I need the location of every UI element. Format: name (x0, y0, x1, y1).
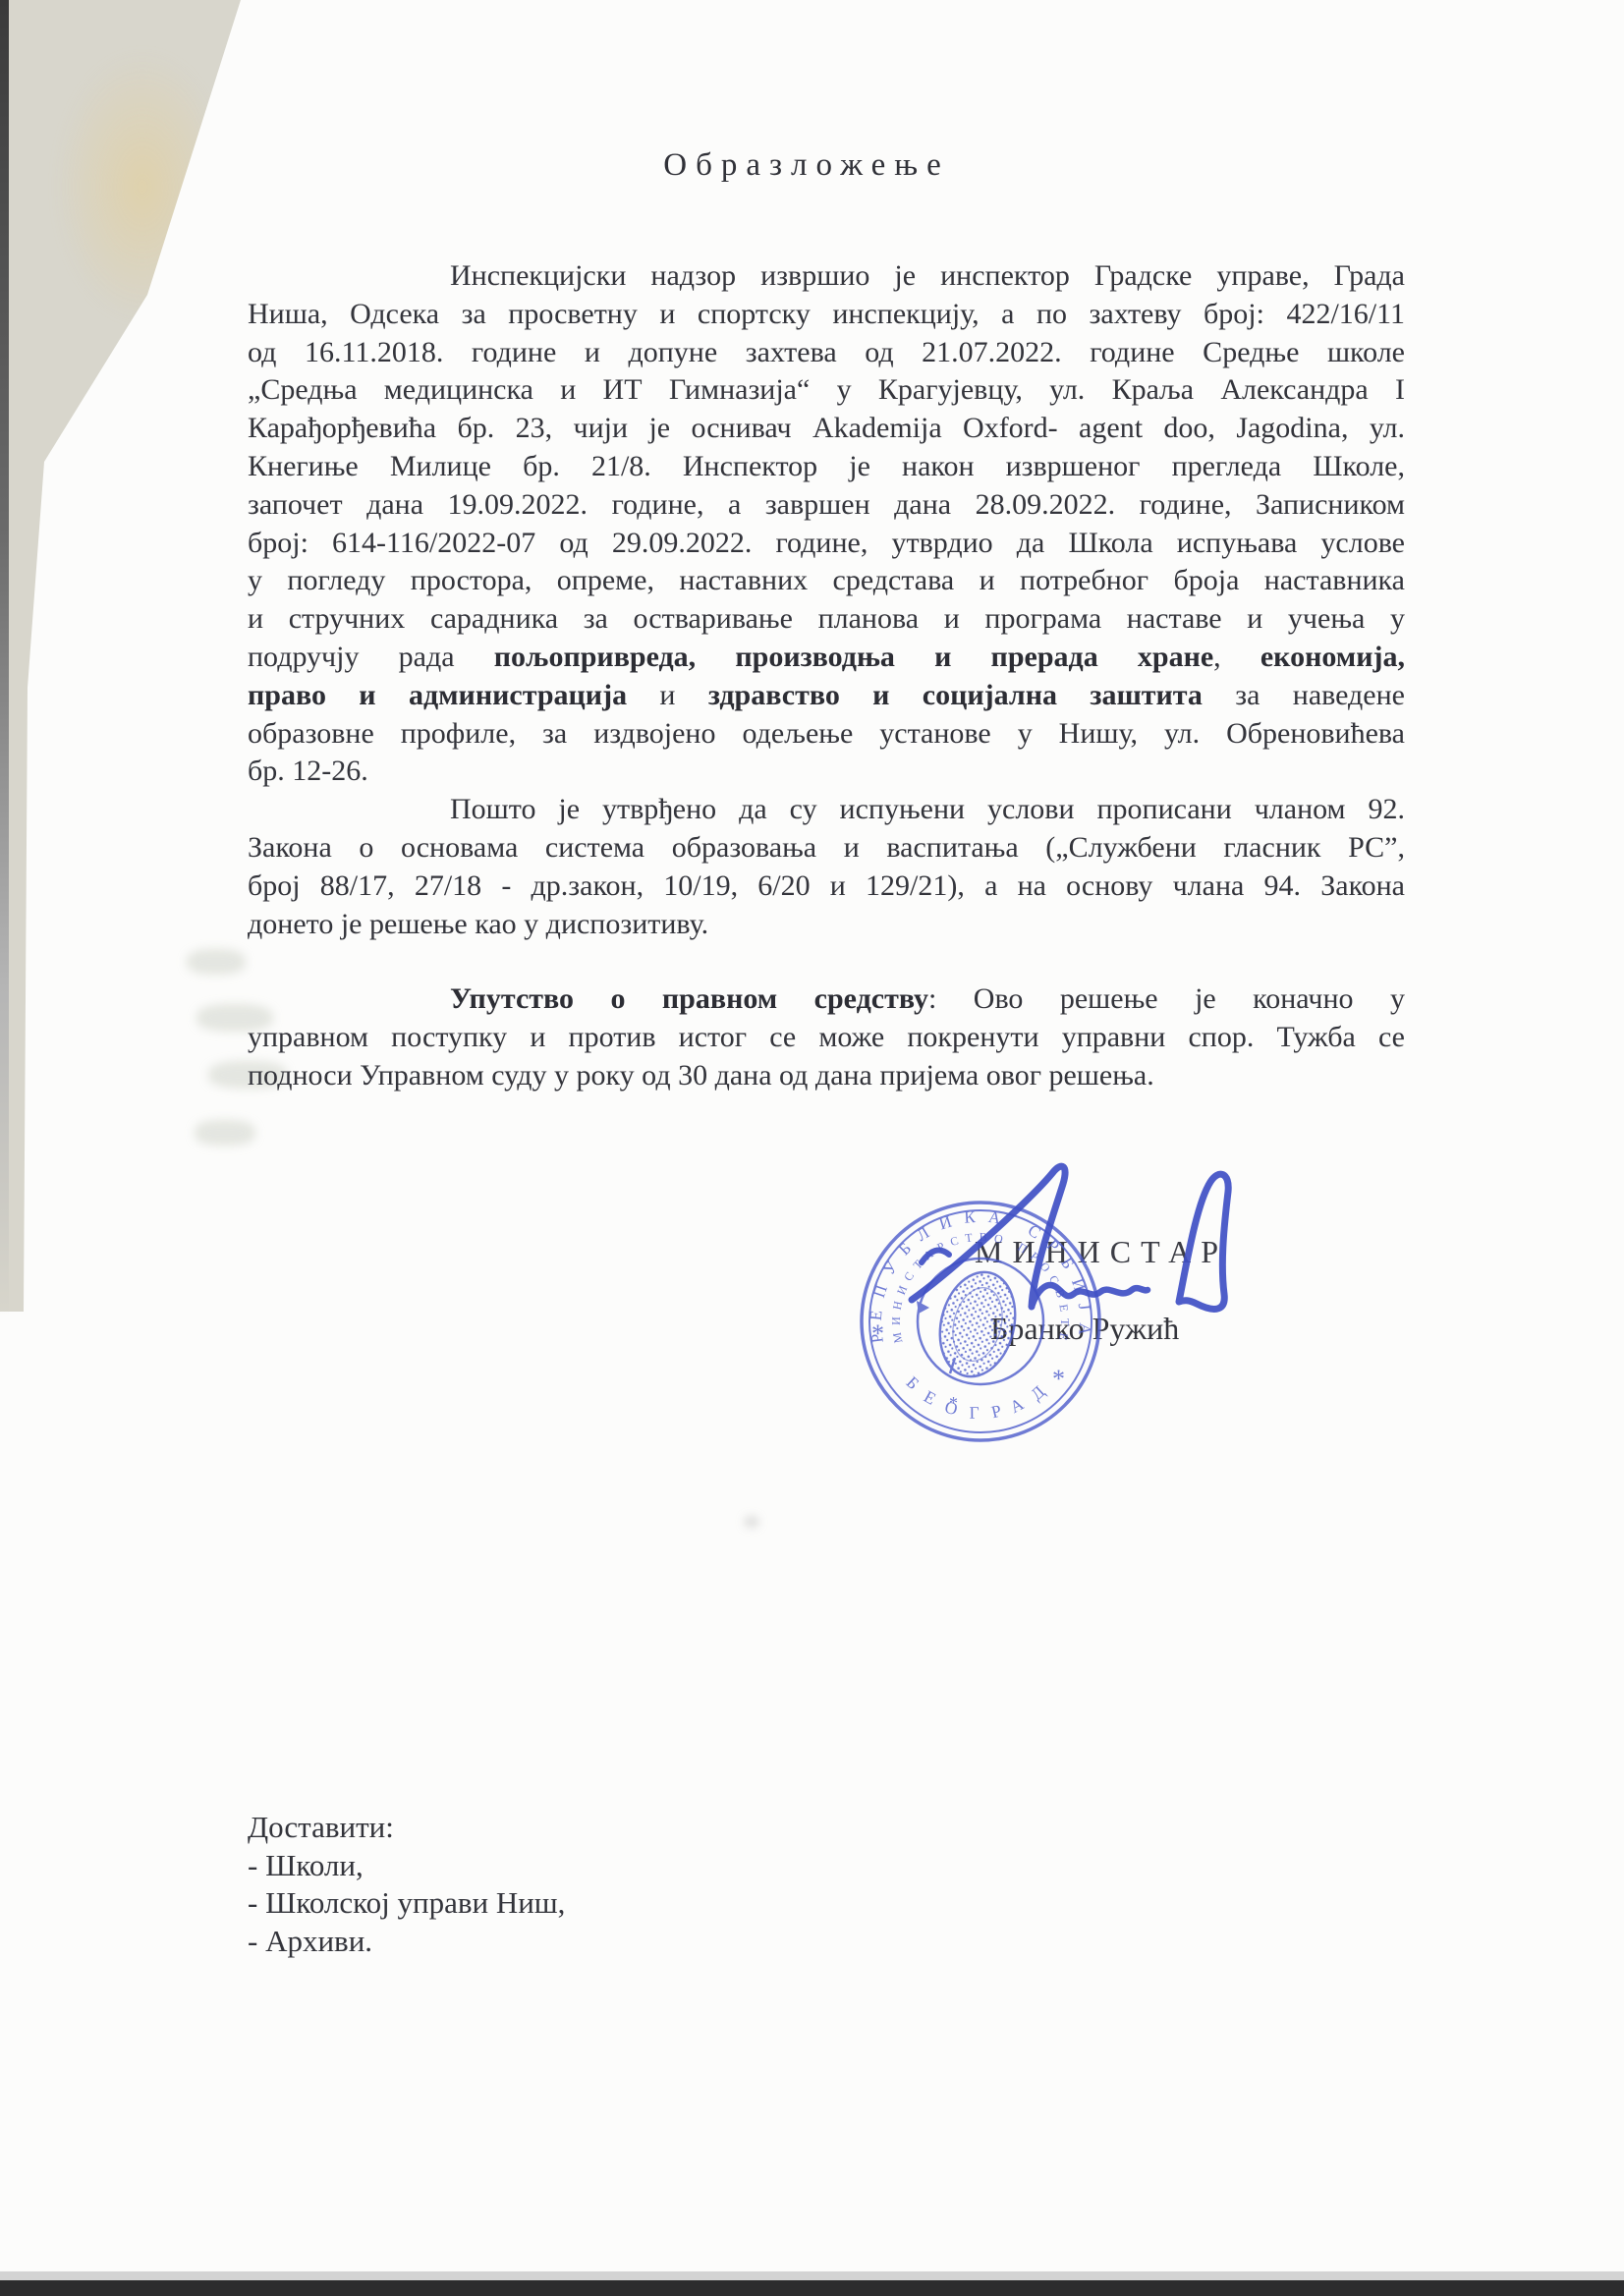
distribution-item: - Архиви. (248, 1923, 565, 1961)
stamp-star-bottom: * (949, 1393, 958, 1413)
scan-paper-tint (54, 49, 231, 324)
bleedthrough-smudge (195, 1120, 255, 1146)
text-line: образовне профиле, за издвојено одељење … (248, 715, 1405, 754)
distribution-item: - Школи, (248, 1847, 565, 1885)
document-title: Образложење (228, 147, 1385, 184)
scan-left-edge (0, 0, 9, 1316)
scan-fold-wedge (0, 0, 255, 1316)
text-line: започет дана 19.09.2022. године, а заврш… (248, 486, 1405, 525)
text-line: Карађорђевића бр. 23, чији је оснивач Ak… (248, 410, 1405, 448)
text-line: „Средња медицинска и ИТ Гимназија“ у Кра… (248, 371, 1405, 410)
text-line: Ниша, Одсека за просветну и спортску инс… (248, 296, 1405, 334)
text-line: Упутство о правном средству: Ово решење … (248, 980, 1405, 1019)
text-line: бр. 12-26. (248, 753, 1405, 791)
scan-bottom-edge (0, 2280, 1624, 2296)
scanned-document-page: Образложење Инспекцијски надзор извршио … (0, 0, 1624, 2296)
text-line: подручју рада пољопривреда, производња и… (248, 639, 1405, 677)
text-line: Кнегиње Милице бр. 21/8. Инспектор је на… (248, 448, 1405, 486)
text-line: управном поступку и против истог се може… (248, 1019, 1405, 1057)
document-body: Инспекцијски надзор извршио је инспектор… (248, 257, 1405, 1095)
text-line: Пошто је утврђено да су испуњени услови … (248, 791, 1405, 829)
text-line: донето је решење као у диспозитиву. (248, 906, 1405, 944)
text-line: Закона о основама система образовања и в… (248, 829, 1405, 868)
minister-signature (884, 1145, 1258, 1336)
scan-speck (745, 1517, 758, 1527)
paragraph: Инспекцијски надзор извршио је инспектор… (248, 257, 1405, 791)
scan-bottom-shadow (0, 2271, 1624, 2280)
distribution-item: - Школској управи Ниш, (248, 1884, 565, 1923)
svg-text:БЕОГРАД: БЕОГРАД (903, 1372, 1059, 1423)
text-line: број: 614-116/2022-07 од 29.09.2022. год… (248, 525, 1405, 563)
distribution-heading: Доставити: (248, 1809, 565, 1847)
stamp-star-right: * (1052, 1365, 1065, 1393)
bleedthrough-smudge (187, 949, 246, 975)
paragraph: Упутство о правном средству: Ово решење … (248, 980, 1405, 1094)
text-line: право и администрација и здравство и соц… (248, 677, 1405, 715)
text-line: у погледу простора, опреме, наставних ср… (248, 562, 1405, 600)
stamp-ring-bottom-text: БЕОГРАД (903, 1372, 1059, 1423)
paragraph: Пошто је утврђено да су испуњени услови … (248, 791, 1405, 943)
stamp-star-left: * (871, 1319, 884, 1348)
distribution-list: Доставити: - Школи, - Школској управи Ни… (248, 1809, 565, 1960)
text-line: и стручних сарадника за остваривање план… (248, 600, 1405, 639)
text-line: од 16.11.2018. године и допуне захтева о… (248, 334, 1405, 372)
text-line: број 88/17, 27/18 - др.закон, 10/19, 6/2… (248, 868, 1405, 906)
text-line: подноси Управном суду у року од 30 дана … (248, 1057, 1405, 1095)
text-line: Инспекцијски надзор извршио је инспектор… (248, 257, 1405, 296)
